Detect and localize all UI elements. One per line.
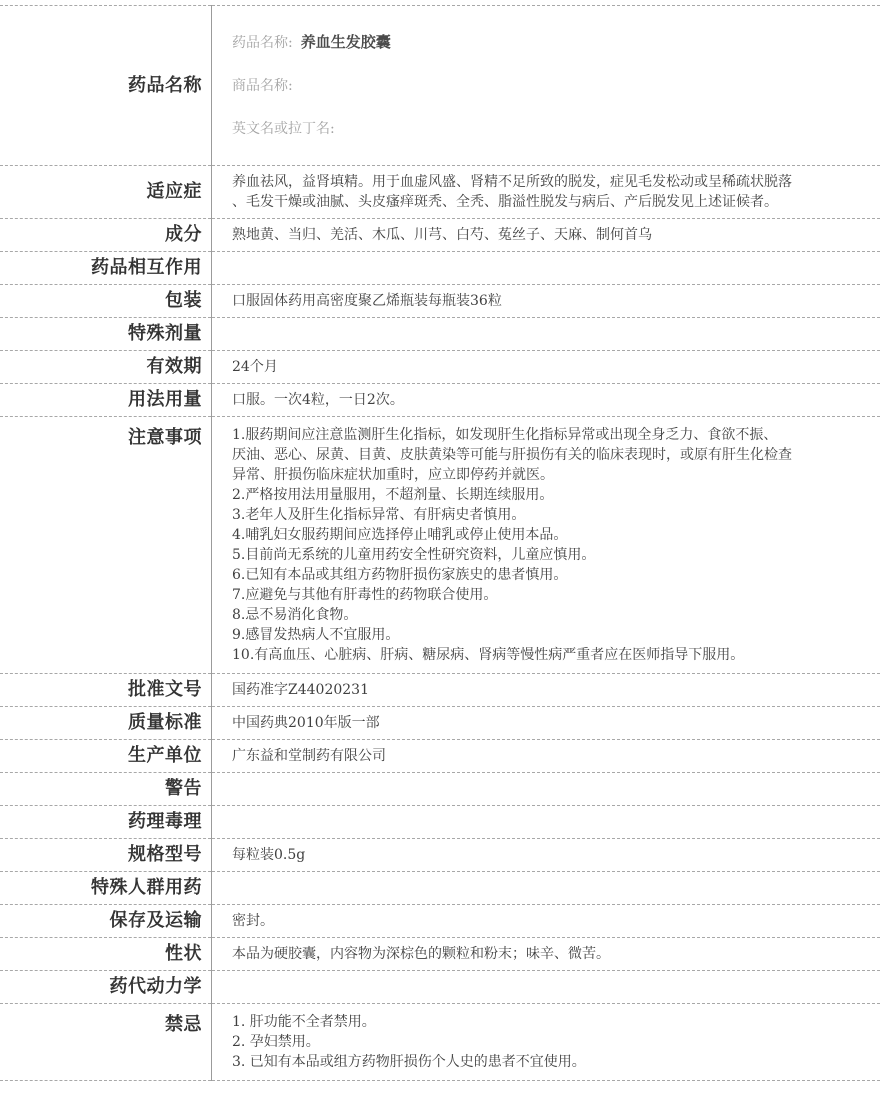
row-value-pharmacology-toxicology — [212, 806, 880, 839]
drug-detail-page: 药品名称 药品名称:养血生发胶囊 商品名称: 英文名或拉丁名: 适应症 养血祛风… — [0, 5, 880, 1081]
drug-name-value: 养血生发胶囊 — [301, 33, 391, 51]
row-value-manufacturer: 广东益和堂制药有限公司 — [212, 740, 880, 773]
row-label-packaging: 包装 — [0, 285, 212, 318]
row-value-indications: 养血祛风，益肾填精。用于血虚风盛、肾精不足所致的脱发，症见毛发松动或呈稀疏状脱落… — [212, 166, 880, 219]
row-value-special-dosage — [212, 318, 880, 351]
row-value-dosage-usage: 口服。一次4粒，一日2次。 — [212, 384, 880, 417]
table-row-specification: 规格型号 每粒装0.5g — [0, 839, 880, 872]
row-value-warning — [212, 773, 880, 806]
row-value-specification: 每粒装0.5g — [212, 839, 880, 872]
table-row-precautions: 注意事项 1.服药期间应注意监测肝生化指标，如发现肝生化指标异常或出现全身乏力、… — [0, 417, 880, 674]
table-row-drug-interactions: 药品相互作用 — [0, 252, 880, 285]
row-label-drug-interactions: 药品相互作用 — [0, 252, 212, 285]
table-row-indications: 适应症 养血祛风，益肾填精。用于血虚风盛、肾精不足所致的脱发，症见毛发松动或呈稀… — [0, 166, 880, 219]
row-label-shelf-life: 有效期 — [0, 351, 212, 384]
row-label-specification: 规格型号 — [0, 839, 212, 872]
row-value-quality-standard: 中国药典2010年版一部 — [212, 707, 880, 740]
row-label-contraindications: 禁忌 — [0, 1004, 212, 1081]
row-label-special-dosage: 特殊剂量 — [0, 318, 212, 351]
table-row-warning: 警告 — [0, 773, 880, 806]
table-row-special-dosage: 特殊剂量 — [0, 318, 880, 351]
row-label-approval-number: 批准文号 — [0, 674, 212, 707]
table-row-ingredients: 成分 熟地黄、当归、羌活、木瓜、川芎、白芍、菟丝子、天麻、制何首乌 — [0, 219, 880, 252]
row-label-pharmacokinetics: 药代动力学 — [0, 971, 212, 1004]
row-value-packaging: 口服固体药用高密度聚乙烯瓶装每瓶装36粒 — [212, 285, 880, 318]
row-label-storage-transport: 保存及运输 — [0, 905, 212, 938]
row-label-ingredients: 成分 — [0, 219, 212, 252]
row-label-precautions: 注意事项 — [0, 417, 212, 674]
row-value-special-population — [212, 872, 880, 905]
table-row-drug-name: 药品名称 药品名称:养血生发胶囊 商品名称: 英文名或拉丁名: — [0, 6, 880, 166]
table-row-properties: 性状 本品为硬胶囊，内容物为深棕色的颗粒和粉末；味辛、微苦。 — [0, 938, 880, 971]
row-value-drug-interactions — [212, 252, 880, 285]
table-row-storage-transport: 保存及运输 密封。 — [0, 905, 880, 938]
row-label-dosage-usage: 用法用量 — [0, 384, 212, 417]
row-value-storage-transport: 密封。 — [212, 905, 880, 938]
drug-name-line: 药品名称:养血生发胶囊 — [232, 31, 866, 54]
row-value-pharmacokinetics — [212, 971, 880, 1004]
row-label-special-population: 特殊人群用药 — [0, 872, 212, 905]
row-label-warning: 警告 — [0, 773, 212, 806]
trade-name-line: 商品名称: — [232, 74, 866, 97]
table-row-manufacturer: 生产单位 广东益和堂制药有限公司 — [0, 740, 880, 773]
table-row-approval-number: 批准文号 国药准字Z44020231 — [0, 674, 880, 707]
table-row-packaging: 包装 口服固体药用高密度聚乙烯瓶装每瓶装36粒 — [0, 285, 880, 318]
english-name-sublabel: 英文名或拉丁名: — [232, 121, 335, 137]
table-row-contraindications: 禁忌 1. 肝功能不全者禁用。 2. 孕妇禁用。 3. 已知有本品或组方药物肝损… — [0, 1004, 880, 1081]
row-label-properties: 性状 — [0, 938, 212, 971]
row-value-properties: 本品为硬胶囊，内容物为深棕色的颗粒和粉末；味辛、微苦。 — [212, 938, 880, 971]
row-value-ingredients: 熟地黄、当归、羌活、木瓜、川芎、白芍、菟丝子、天麻、制何首乌 — [212, 219, 880, 252]
row-value-shelf-life: 24个月 — [212, 351, 880, 384]
table-row-pharmacology-toxicology: 药理毒理 — [0, 806, 880, 839]
row-value-contraindications: 1. 肝功能不全者禁用。 2. 孕妇禁用。 3. 已知有本品或组方药物肝损伤个人… — [212, 1004, 880, 1081]
table-row-shelf-life: 有效期 24个月 — [0, 351, 880, 384]
row-label-pharmacology-toxicology: 药理毒理 — [0, 806, 212, 839]
drug-info-table: 药品名称 药品名称:养血生发胶囊 商品名称: 英文名或拉丁名: 适应症 养血祛风… — [0, 5, 880, 1081]
trade-name-sublabel: 商品名称: — [232, 78, 293, 94]
row-label-drug-name: 药品名称 — [0, 6, 212, 166]
table-row-special-population: 特殊人群用药 — [0, 872, 880, 905]
row-label-manufacturer: 生产单位 — [0, 740, 212, 773]
row-label-quality-standard: 质量标准 — [0, 707, 212, 740]
table-row-quality-standard: 质量标准 中国药典2010年版一部 — [0, 707, 880, 740]
row-value-approval-number: 国药准字Z44020231 — [212, 674, 880, 707]
row-label-indications: 适应症 — [0, 166, 212, 219]
english-name-line: 英文名或拉丁名: — [232, 117, 866, 140]
drug-name-sublabel: 药品名称: — [232, 35, 293, 51]
row-value-drug-name: 药品名称:养血生发胶囊 商品名称: 英文名或拉丁名: — [212, 6, 880, 166]
row-value-precautions: 1.服药期间应注意监测肝生化指标，如发现肝生化指标异常或出现全身乏力、食欲不振、… — [212, 417, 880, 674]
table-row-dosage-usage: 用法用量 口服。一次4粒，一日2次。 — [0, 384, 880, 417]
table-row-pharmacokinetics: 药代动力学 — [0, 971, 880, 1004]
